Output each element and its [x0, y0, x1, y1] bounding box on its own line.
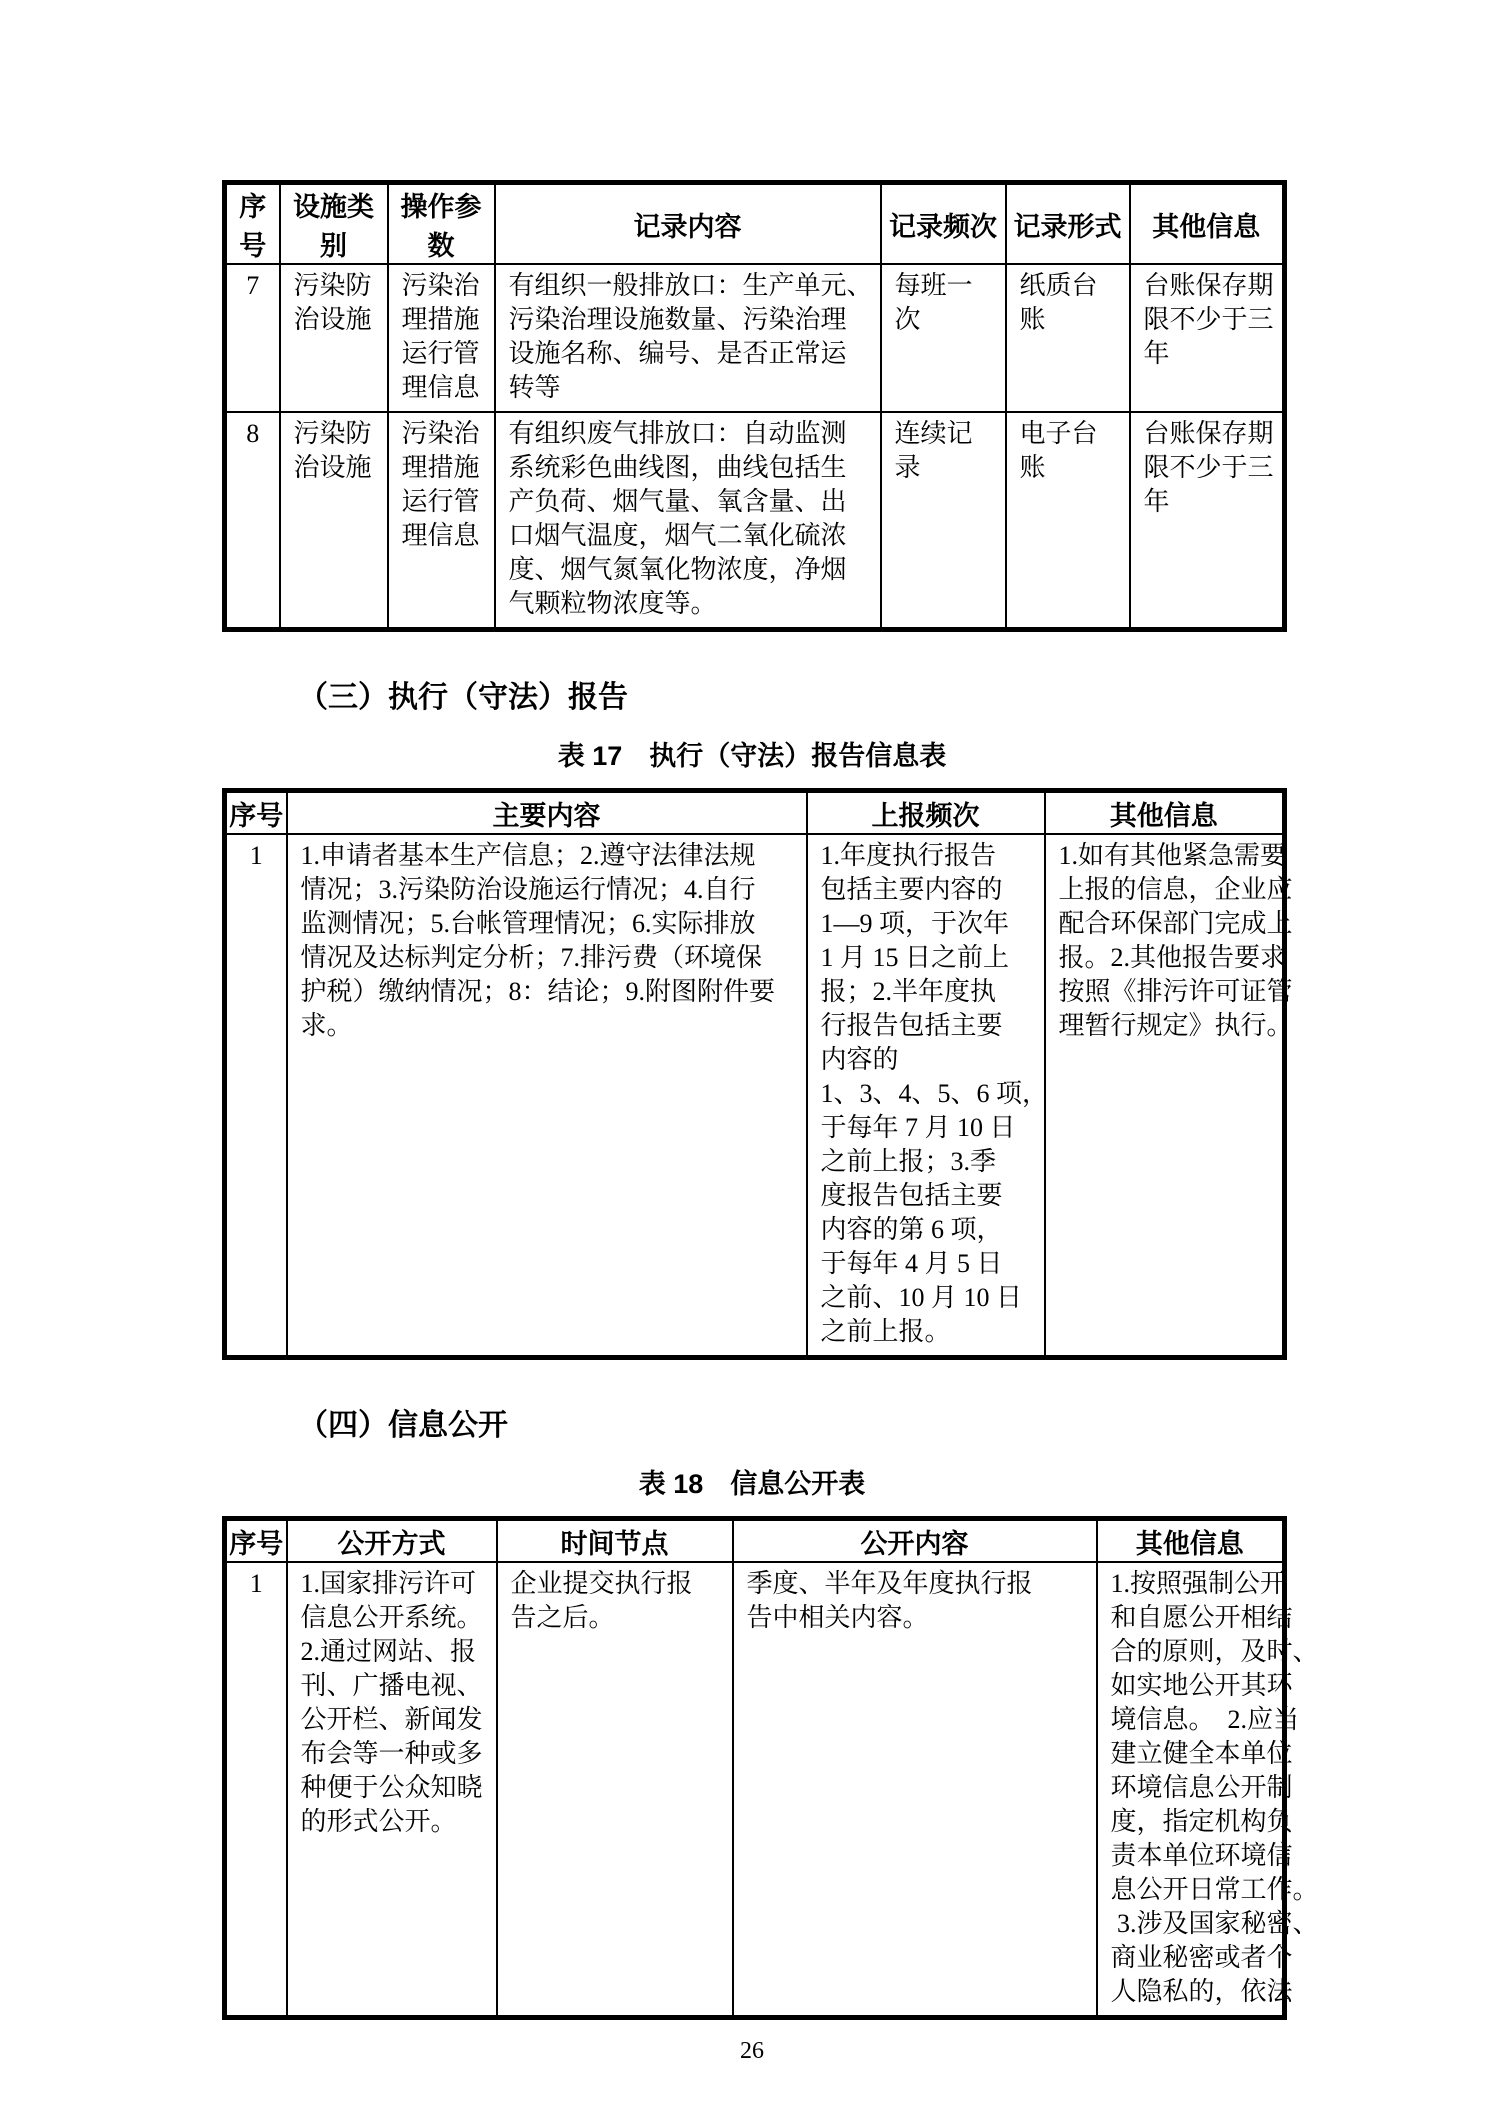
table18-header-row: 序号 公开方式 时间节点 公开内容 其他信息 [225, 1519, 1285, 1563]
column-header-record-form: 记录形式 [1006, 183, 1130, 265]
cell-seq: 1 [225, 1562, 287, 2018]
column-header-record-content: 记录内容 [495, 183, 881, 265]
page-number: 26 [222, 2038, 1282, 2065]
column-header-facility-type: 设施类别 [280, 183, 388, 265]
page-content: 序号 设施类别 操作参数 记录内容 记录频次 记录形式 其他信息 7 污染防 治… [222, 0, 1282, 2065]
cell-operation-param: 污染治 理措施 运行管 理信息 [388, 264, 495, 412]
cell-record-frequency: 连续记 录 [881, 412, 1006, 630]
table-row: 8 污染防 治设施 污染治 理措施 运行管 理信息 有组织废气排放口：自动监测 … [225, 412, 1285, 630]
cell-seq: 8 [225, 412, 280, 630]
column-header-operation-param: 操作参数 [388, 183, 495, 265]
cell-seq: 7 [225, 264, 280, 412]
cell-other-info: 1.如有其他紧急需要 上报的信息，企业应 配合环保部门完成上 报。2.其他报告要… [1045, 834, 1285, 1358]
table18-title: 表 18 信息公开表 [222, 1466, 1282, 1502]
table-row: 1 1.国家排污许可 信息公开系统。 2.通过网站、报 刊、广播电视、 公开栏、… [225, 1562, 1285, 2018]
cell-record-content: 有组织一般排放口：生产单元、 污染治理设施数量、污染治理 设施名称、编号、是否正… [495, 264, 881, 412]
column-header-disclosure-content: 公开内容 [733, 1519, 1097, 1563]
info-disclosure-table: 序号 公开方式 时间节点 公开内容 其他信息 1 1.国家排污许可 信息公开系统… [222, 1516, 1287, 2020]
document-page: 序号 设施类别 操作参数 记录内容 记录频次 记录形式 其他信息 7 污染防 治… [0, 0, 1488, 2104]
cell-other-info: 1.按照强制公开 和自愿公开相结 合的原则，及时、 如实地公开其环 境信息。 2… [1097, 1562, 1285, 2018]
record-table-header-row: 序号 设施类别 操作参数 记录内容 记录频次 记录形式 其他信息 [225, 183, 1285, 265]
column-header-report-frequency: 上报频次 [807, 791, 1045, 835]
column-header-other-info: 其他信息 [1097, 1519, 1285, 1563]
cell-record-content: 有组织废气排放口：自动监测 系统彩色曲线图，曲线包括生 产负荷、烟气量、氧含量、… [495, 412, 881, 630]
cell-facility-type: 污染防 治设施 [280, 264, 388, 412]
cell-record-frequency: 每班一 次 [881, 264, 1006, 412]
column-header-disclosure-method: 公开方式 [287, 1519, 497, 1563]
cell-record-form: 电子台 账 [1006, 412, 1130, 630]
column-header-time-node: 时间节点 [497, 1519, 733, 1563]
record-info-table: 序号 设施类别 操作参数 记录内容 记录频次 记录形式 其他信息 7 污染防 治… [222, 180, 1287, 632]
cell-time-node: 企业提交执行报 告之后。 [497, 1562, 733, 2018]
cell-disclosure-method: 1.国家排污许可 信息公开系统。 2.通过网站、报 刊、广播电视、 公开栏、新闻… [287, 1562, 497, 2018]
cell-disclosure-content: 季度、半年及年度执行报 告中相关内容。 [733, 1562, 1097, 2018]
column-header-other-info: 其他信息 [1130, 183, 1285, 265]
section-heading-info-disclosure: （四）信息公开 [298, 1406, 1282, 1446]
column-header-seq: 序号 [225, 183, 280, 265]
cell-seq: 1 [225, 834, 287, 1358]
section-heading-compliance-report: （三）执行（守法）报告 [298, 678, 1282, 718]
cell-facility-type: 污染防 治设施 [280, 412, 388, 630]
column-header-seq: 序号 [225, 791, 287, 835]
column-header-other-info: 其他信息 [1045, 791, 1285, 835]
cell-record-form: 纸质台 账 [1006, 264, 1130, 412]
column-header-record-frequency: 记录频次 [881, 183, 1006, 265]
table17-title: 表 17 执行（守法）报告信息表 [222, 738, 1282, 774]
cell-operation-param: 污染治 理措施 运行管 理信息 [388, 412, 495, 630]
compliance-report-table: 序号 主要内容 上报频次 其他信息 1 1.申请者基本生产信息；2.遵守法律法规… [222, 788, 1287, 1360]
table-row: 7 污染防 治设施 污染治 理措施 运行管 理信息 有组织一般排放口：生产单元、… [225, 264, 1285, 412]
cell-main-content: 1.申请者基本生产信息；2.遵守法律法规 情况；3.污染防治设施运行情况；4.自… [287, 834, 807, 1358]
table-row: 1 1.申请者基本生产信息；2.遵守法律法规 情况；3.污染防治设施运行情况；4… [225, 834, 1285, 1358]
table17-header-row: 序号 主要内容 上报频次 其他信息 [225, 791, 1285, 835]
cell-report-frequency: 1.年度执行报告 包括主要内容的 1—9 项，于次年 1 月 15 日之前上 报… [807, 834, 1045, 1358]
cell-other-info: 台账保存期 限不少于三 年 [1130, 412, 1285, 630]
column-header-seq: 序号 [225, 1519, 287, 1563]
column-header-main-content: 主要内容 [287, 791, 807, 835]
cell-other-info: 台账保存期 限不少于三 年 [1130, 264, 1285, 412]
